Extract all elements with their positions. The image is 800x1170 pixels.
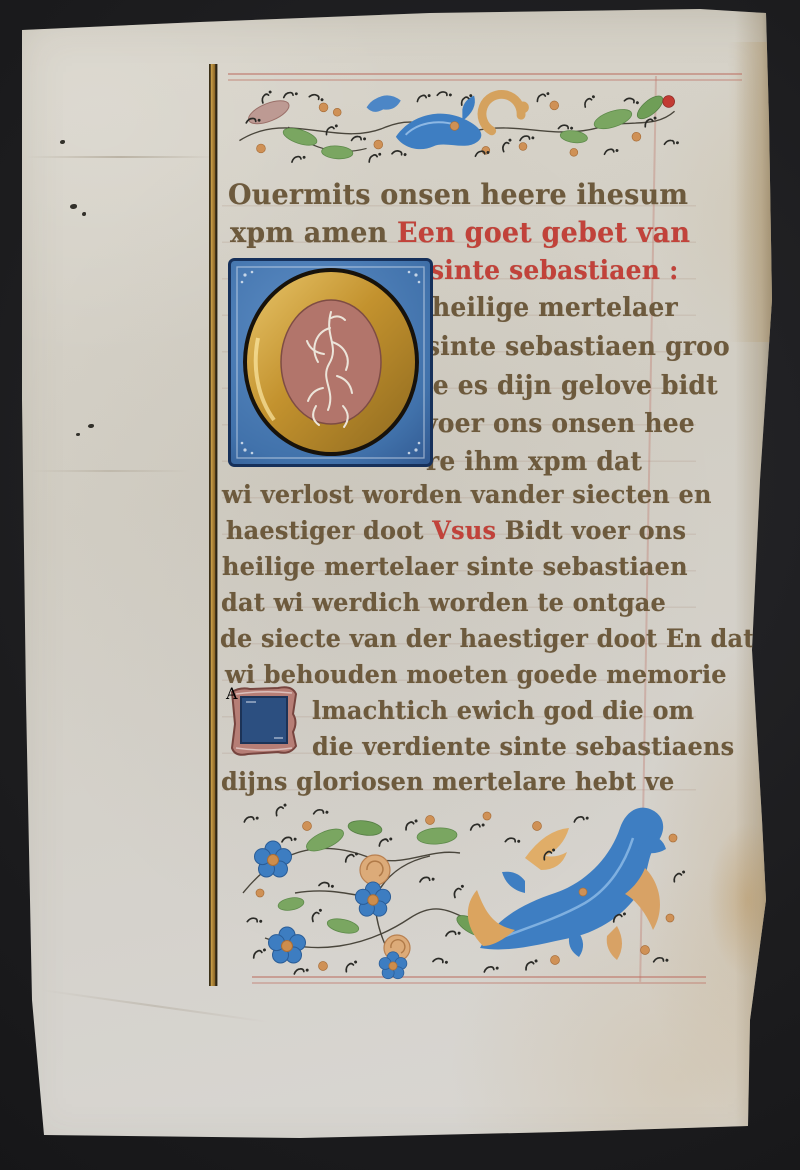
green-leaf xyxy=(559,129,588,144)
text-line-08: re ihm xpm dat xyxy=(426,447,642,476)
rubric-segment: Een goet gebet van xyxy=(397,217,690,250)
text-segment: dat wi werdich worden te ontgae xyxy=(221,587,666,617)
text-line-02: xpm amen Een goet gebet van xyxy=(230,218,690,249)
green-leaf xyxy=(592,106,634,133)
text-line-13: de siecte van der haestiger doot En dat xyxy=(220,625,755,653)
text-segment: die verdiente sinte sebastiaens xyxy=(312,731,734,761)
text-segment: Bidt voer ons xyxy=(496,515,686,545)
photo-background: Ouermits onsen heere ihesum xpm amen Een… xyxy=(0,0,800,1170)
text-segment: lmachtich ewich god die om xyxy=(312,695,694,725)
text-segment: de siecte van der haestiger doot En dat xyxy=(220,623,755,653)
text-segment: heilige mertelaer sinte sebastiaen xyxy=(222,551,688,581)
text-segment: dijns gloriosen mertelare hebt ve xyxy=(221,766,675,796)
green-leaf xyxy=(416,827,457,846)
gold-border-bar xyxy=(209,64,217,986)
acanthus-orange-curl xyxy=(482,94,521,130)
text-line-09: wi verlost worden vander siecten en xyxy=(222,481,712,509)
top-floral-border xyxy=(226,80,688,168)
green-leaf xyxy=(347,819,383,838)
crease-line xyxy=(41,989,269,1023)
rubric-segment: Vsus xyxy=(432,515,496,545)
text-line-17: dijns gloriosen mertelare hebt ve xyxy=(221,768,675,796)
text-segment: xpm amen xyxy=(230,217,397,250)
text-line-12: dat wi werdich worden te ontgae xyxy=(221,589,666,617)
ruling-line xyxy=(228,73,742,75)
text-line-10: haestiger doot Vsus Bidt voer ons xyxy=(226,517,686,545)
text-segment: Ouermits onsen heere ihesum xyxy=(228,179,688,212)
red-berry xyxy=(663,96,675,108)
crease-line xyxy=(26,156,216,158)
text-line-05: sinte sebastiaen groo xyxy=(426,332,730,361)
ink-speck xyxy=(60,140,65,144)
blue-leaf xyxy=(367,95,401,111)
acanthus-blue-curl xyxy=(462,96,475,121)
manuscript-leaf: Ouermits onsen heere ihesum xpm amen Een… xyxy=(0,0,800,1170)
green-leaf xyxy=(326,916,360,935)
text-line-03-rubric: sinte sebastiaen : xyxy=(430,256,679,285)
text-line-15: lmachtich ewich god die om xyxy=(312,697,694,725)
mauve-leaf xyxy=(246,96,292,128)
text-line-01: Ouermits onsen heere ihesum xyxy=(228,180,688,211)
rubric-segment: sinte sebastiaen : xyxy=(430,255,679,285)
green-leaf xyxy=(277,896,305,912)
fold-stain xyxy=(686,818,774,1023)
ink-speck xyxy=(82,212,86,216)
text-line-11: heilige mertelaer sinte sebastiaen xyxy=(222,553,688,581)
text-segment: voer ons onsen hee xyxy=(423,408,695,438)
text-segment: re ihm xpm dat xyxy=(426,446,642,476)
acanthus-orange-dot xyxy=(517,102,529,114)
text-segment: te es dijn gelove bidt xyxy=(421,370,718,400)
edge-stain xyxy=(728,42,774,342)
initial-gold-letter-a: A xyxy=(226,684,302,758)
illuminated-initial-o xyxy=(228,258,433,467)
green-leaf xyxy=(321,145,353,160)
text-line-16: die verdiente sinte sebastiaens xyxy=(312,733,734,761)
text-line-06: te es dijn gelove bidt xyxy=(421,371,718,400)
crease-line xyxy=(30,470,190,472)
text-segment: haestiger doot xyxy=(226,515,432,545)
ink-speck xyxy=(88,424,94,428)
text-segment: sinte sebastiaen groo xyxy=(426,331,730,361)
bottom-floral-border xyxy=(225,798,688,984)
orange-rose xyxy=(360,855,390,885)
text-segment: wi verlost worden vander siecten en xyxy=(222,479,712,509)
ink-speck xyxy=(70,204,77,209)
green-leaf xyxy=(634,92,667,123)
text-segment: heilige mertelaer xyxy=(432,292,678,322)
ink-speck xyxy=(76,433,80,436)
text-line-07: voer ons onsen hee xyxy=(423,409,695,438)
text-line-04: heilige mertelaer xyxy=(432,293,678,322)
